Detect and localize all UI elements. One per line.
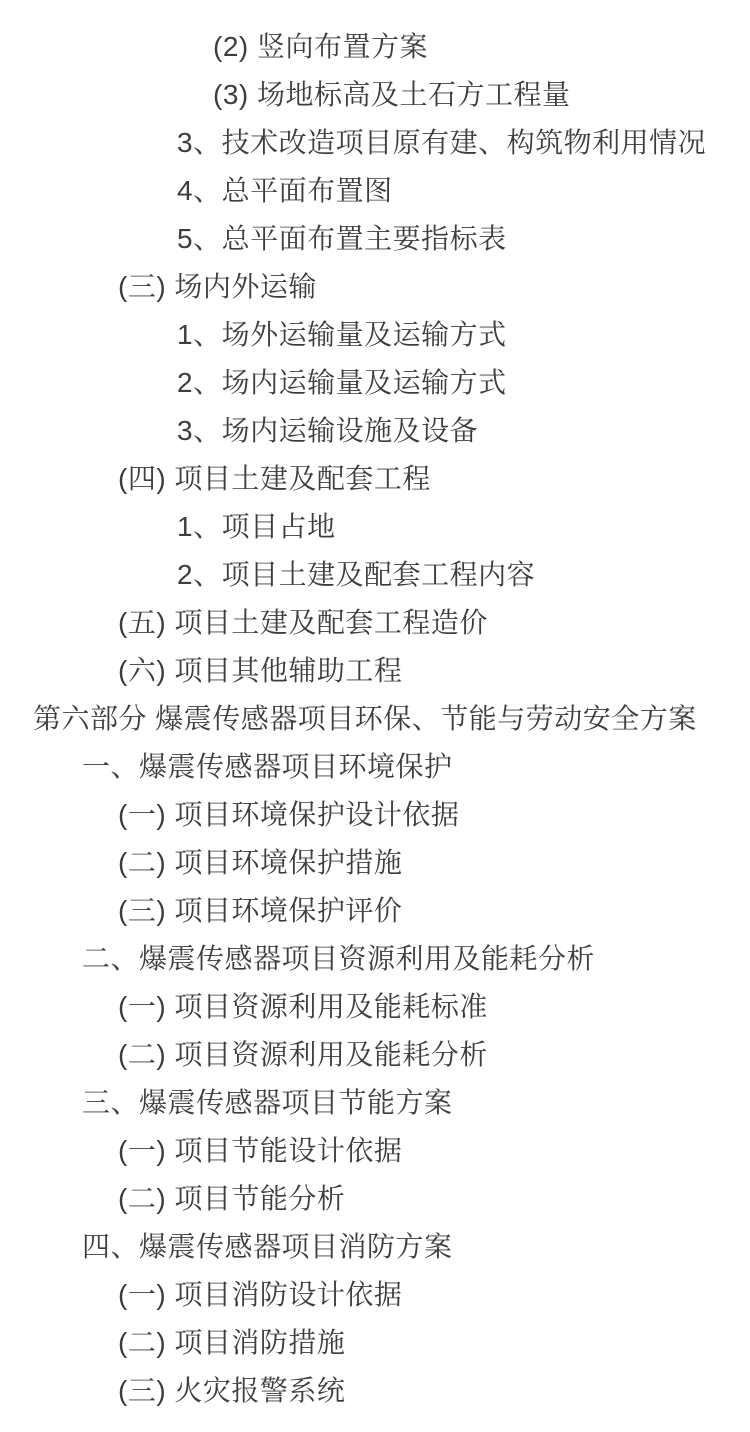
table-of-contents: (2) 竖向布置方案 (3) 场地标高及土石方工程量 3、技术改造项目原有建、构…: [0, 0, 750, 1413]
toc-entry: (二) 项目环境保护措施: [0, 837, 750, 885]
toc-entry: 2、场内运输量及运输方式: [0, 357, 750, 405]
toc-entry: (一) 项目节能设计依据: [0, 1125, 750, 1173]
toc-part-heading: 第六部分 爆震传感器项目环保、节能与劳动安全方案: [0, 693, 750, 741]
toc-entry: (五) 项目土建及配套工程造价: [0, 597, 750, 645]
toc-entry: 3、场内运输设施及设备: [0, 405, 750, 453]
toc-entry: 5、总平面布置主要指标表: [0, 213, 750, 261]
toc-entry: 3、技术改造项目原有建、构筑物利用情况: [0, 117, 750, 165]
toc-entry: (六) 项目其他辅助工程: [0, 645, 750, 693]
toc-entry: 四、爆震传感器项目消防方案: [0, 1221, 750, 1269]
toc-entry: (3) 场地标高及土石方工程量: [0, 69, 750, 117]
toc-entry: 1、项目占地: [0, 501, 750, 549]
toc-entry: (2) 竖向布置方案: [0, 21, 750, 69]
toc-entry: 2、项目土建及配套工程内容: [0, 549, 750, 597]
toc-entry: 4、总平面布置图: [0, 165, 750, 213]
toc-entry: (二) 项目节能分析: [0, 1173, 750, 1221]
toc-entry: 一、爆震传感器项目环境保护: [0, 741, 750, 789]
toc-entry: 1、场外运输量及运输方式: [0, 309, 750, 357]
toc-entry: (三) 场内外运输: [0, 261, 750, 309]
toc-entry: (四) 项目土建及配套工程: [0, 453, 750, 501]
document-page: (2) 竖向布置方案 (3) 场地标高及土石方工程量 3、技术改造项目原有建、构…: [0, 0, 750, 1432]
toc-entry: (一) 项目消防设计依据: [0, 1269, 750, 1317]
toc-entry: (二) 项目消防措施: [0, 1317, 750, 1365]
toc-entry: 三、爆震传感器项目节能方案: [0, 1077, 750, 1125]
toc-entry: 二、爆震传感器项目资源利用及能耗分析: [0, 933, 750, 981]
toc-entry: (一) 项目环境保护设计依据: [0, 789, 750, 837]
toc-entry: (三) 火灾报警系统: [0, 1365, 750, 1413]
toc-entry: (二) 项目资源利用及能耗分析: [0, 1029, 750, 1077]
toc-entry: (一) 项目资源利用及能耗标准: [0, 981, 750, 1029]
toc-entry: (三) 项目环境保护评价: [0, 885, 750, 933]
